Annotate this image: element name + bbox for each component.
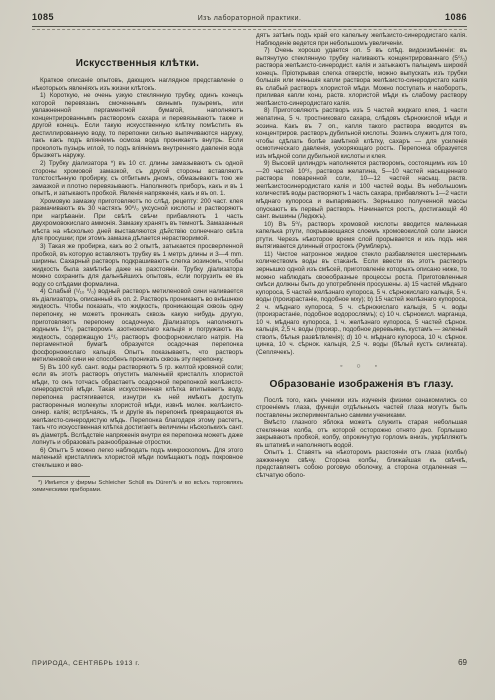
article1-paragraph-recipe: Хромовую замазку приготовляютъ по слѣд. … bbox=[32, 198, 243, 243]
article1-paragraph-10: 10) Въ 5⁰/₀ растворъ хромовой кислоты вв… bbox=[256, 221, 467, 251]
footnote: *) Имѣется у фирмы Schleicher Schüll въ … bbox=[32, 480, 243, 494]
article2-paragraph-2: Вмѣсто глазного яблока можетъ служить ст… bbox=[256, 419, 467, 449]
article2-title: Образованіе изображенія въ глазу. bbox=[256, 379, 467, 390]
text-columns: Искусственныя клѣтки. Краткое описаніе о… bbox=[32, 32, 467, 649]
sheet-number: 69 bbox=[458, 658, 467, 667]
article1-paragraph-1: 1) Короткую, не очень узкую стеклянную т… bbox=[32, 92, 243, 160]
right-page-number: 1086 bbox=[445, 12, 467, 22]
article1-intro: Краткое описаніе опытовъ, дающихъ нагляд… bbox=[32, 77, 243, 92]
page-header: 1085 Изъ лабораторной практики. 1086 bbox=[32, 12, 467, 22]
article1-paragraph-7: 7) Очень хорошо удается оп. 5 въ слѣд. в… bbox=[256, 47, 467, 107]
article1-paragraph-9: 9) Высокій цилиндръ наполняется растворо… bbox=[256, 160, 467, 220]
article1-paragraph-11: 11) Чистое натронное жидкое стекло разба… bbox=[256, 251, 467, 357]
section-ornament: ◦ ○ ◦ bbox=[256, 363, 467, 370]
article1-paragraph-5: 5) Въ 100 куб. сант. воды растворяютъ 5 … bbox=[32, 364, 243, 447]
article1-title: Искусственныя клѣтки. bbox=[32, 58, 243, 69]
article2-paragraph-3: Опытъ 1. Ставятъ на нѣкоторомъ разстояні… bbox=[256, 449, 467, 479]
article1-paragraph-2: 2) Трубку діализатора *) въ 10 ст. длины… bbox=[32, 160, 243, 198]
header-rule-dashed bbox=[32, 29, 467, 30]
left-column: Искусственныя клѣтки. Краткое описаніе о… bbox=[32, 32, 243, 649]
header-divider bbox=[32, 26, 467, 30]
article1-paragraph-4: 4) Слабый (¹/₁₀ ⁰/₀) водный растворъ мет… bbox=[32, 288, 243, 363]
article1-paragraph-6: 6) Опытъ 5 можно легко наблюдать подъ ми… bbox=[32, 447, 243, 470]
article2-paragraph-1: Послѣ того, какъ ученики изъ изученія фи… bbox=[256, 397, 467, 420]
running-title: Изъ лабораторной практики. bbox=[198, 15, 302, 22]
footnote-rule bbox=[32, 476, 90, 477]
header-rule-solid bbox=[32, 26, 467, 27]
article1-paragraph-6-continued: дятъ затѣмъ подъ край его капельку желѣз… bbox=[256, 32, 467, 47]
article1-paragraph-3: 3) Такая же пробирка, какъ во 2 опытѣ, з… bbox=[32, 243, 243, 288]
page-footer: ПРИРОДА, СЕНТЯБРЬ 1913 г. 69 bbox=[32, 658, 467, 667]
article1-paragraph-8: 8) Приготовляютъ растворъ изъ 5 частей ж… bbox=[256, 107, 467, 160]
right-column: дятъ затѣмъ подъ край его капельку желѣз… bbox=[256, 32, 467, 649]
left-page-number: 1085 bbox=[32, 12, 54, 22]
journal-imprint: ПРИРОДА, СЕНТЯБРЬ 1913 г. bbox=[32, 660, 140, 667]
